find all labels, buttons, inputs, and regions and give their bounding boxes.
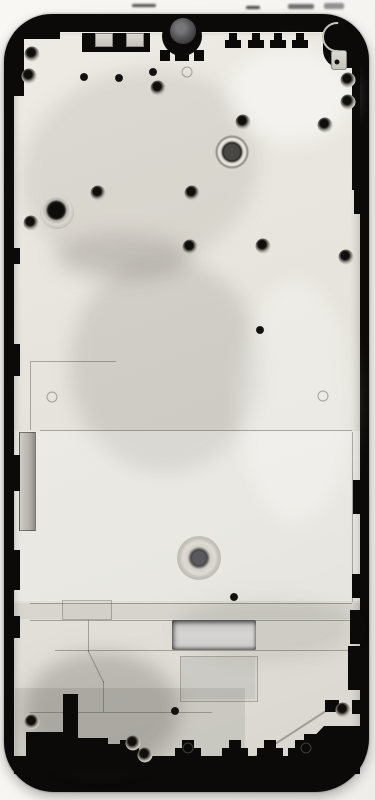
screw-hole <box>256 239 271 254</box>
panel-seam-line <box>30 712 212 713</box>
alignment-hole <box>115 74 123 82</box>
screw-hole <box>126 736 141 751</box>
bezel-cutout <box>348 646 360 690</box>
screw-hole <box>336 703 351 718</box>
screw-hole <box>25 47 40 62</box>
panel-seam-outline <box>180 656 258 702</box>
bezel-reflection <box>246 6 260 9</box>
bezel-cutout <box>248 40 264 48</box>
shallow-dimple-hole <box>182 67 193 78</box>
bezel-cutout <box>13 248 20 264</box>
screw-hole <box>341 95 356 110</box>
front-camera-hole <box>170 18 196 44</box>
bezel-cutout <box>12 455 20 491</box>
metal-tab <box>126 33 144 47</box>
pin-hole <box>335 60 340 65</box>
screw-hole <box>138 748 153 763</box>
large-bossed-hole <box>40 195 74 229</box>
bezel-cutout <box>257 748 283 760</box>
screw-hole <box>25 715 40 730</box>
panel-seam-line <box>30 603 352 604</box>
panel-seam-line <box>30 620 352 621</box>
bezel-cutout <box>14 32 24 96</box>
side-bracket <box>19 432 36 531</box>
screw-hole <box>318 118 333 133</box>
metal-tab <box>95 33 113 47</box>
shallow-dimple-hole <box>183 743 194 754</box>
shallow-dimple-hole <box>47 392 58 403</box>
panel-seam-line <box>103 681 104 712</box>
panel-seam-line <box>88 620 89 652</box>
bezel-cutout <box>12 344 20 376</box>
bezel-cutout <box>26 732 66 760</box>
panel-seam-line <box>30 362 31 430</box>
bezel-cutout <box>352 574 360 598</box>
screw-hole <box>183 240 198 255</box>
bezel-cutout <box>354 186 360 214</box>
large-double-ring-hole <box>215 135 249 169</box>
alignment-hole <box>80 73 88 81</box>
screw-hole <box>339 250 354 265</box>
bezel-reflection <box>324 3 344 9</box>
alignment-hole <box>230 593 238 601</box>
rectangular-port-cutout <box>172 620 256 650</box>
alignment-hole <box>149 68 157 76</box>
bezel-cutout <box>160 50 170 61</box>
bezel-cutout <box>194 50 204 61</box>
bezel-cutout <box>225 40 241 48</box>
bezel-cutout <box>24 32 60 39</box>
screw-hole <box>185 186 200 201</box>
bezel-cutout <box>352 700 360 714</box>
panel-seam-line <box>30 361 116 362</box>
shallow-dimple-hole <box>318 391 329 402</box>
bezel-cutout <box>292 40 308 48</box>
bezel-reflection <box>132 4 156 7</box>
alignment-hole <box>171 707 179 715</box>
screw-hole <box>91 186 106 201</box>
bezel-cutout <box>350 610 360 644</box>
panel-seam-line <box>55 650 352 651</box>
bezel-cutout <box>222 748 248 760</box>
screw-hole <box>24 216 39 231</box>
bezel-cutout <box>12 550 20 590</box>
screw-hole <box>151 81 166 96</box>
panel-seam-line <box>40 430 352 431</box>
bezel-cutout <box>353 480 360 514</box>
product-photo-phone-midframe <box>0 0 375 800</box>
screw-hole <box>341 73 356 88</box>
screw-hole <box>22 69 37 84</box>
bezel-cutout <box>13 616 20 638</box>
screw-hole <box>236 115 251 130</box>
bezel-cutout <box>270 40 286 48</box>
bezel-reflection <box>288 4 314 9</box>
recessed-center-hole <box>177 536 221 580</box>
alignment-hole <box>256 326 264 334</box>
shallow-dimple-hole <box>301 743 312 754</box>
